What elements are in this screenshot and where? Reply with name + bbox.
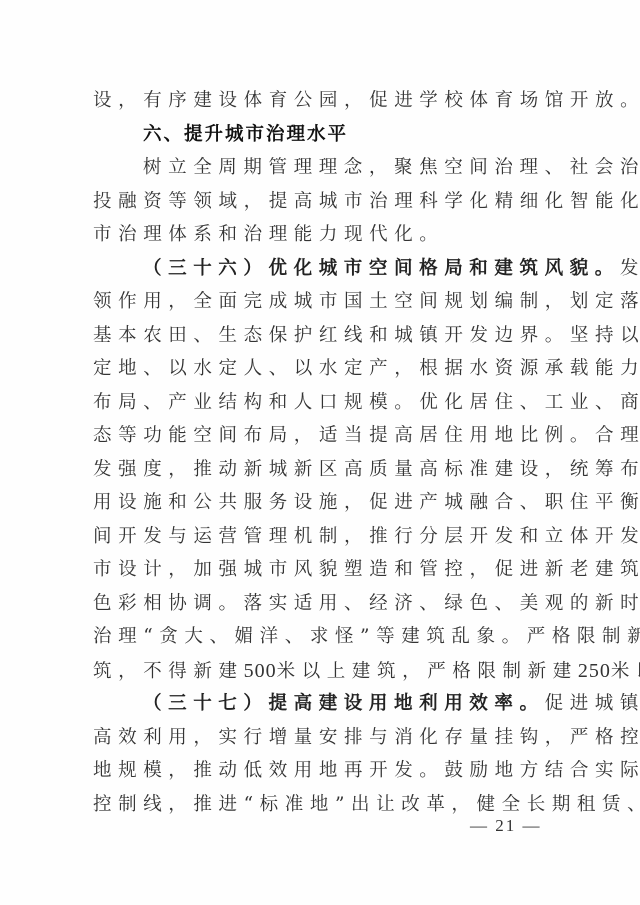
body-text-line: 市治理体系和治理能力现代化。 [93,218,563,252]
number-500: 500 [244,660,277,682]
body-text-line: 投融资等领域，提高城市治理科学化精细化智能化水平，推进城 [93,185,563,219]
body-text: 米以上建筑，严格限制新建 [277,661,578,682]
body-text: 促进城镇建设用地集约 [545,693,640,714]
body-text-line: 市设计，加强城市风貌塑造和管控，促进新老建筑体量、风格、 [93,553,563,587]
body-text-line: 治理“贪大、媚洋、求怪”等建筑乱象。严格限制新建超高层建 [93,620,563,654]
body-text-line: 布局、产业结构和人口规模。优化居住、工业、商业、交通、生 [93,386,563,420]
body-text-line: 高效利用，实行增量安排与消化存量挂钩，严格控制新增建设用 [93,721,563,755]
body-text-line: 树立全周期管理理念，聚焦空间治理、社会治理、行政管理、 [143,151,613,185]
body-text-line: 筑，不得新建500米以上建筑，严格限制新建250米以上建筑。 [93,654,563,688]
body-text-line: 地规模，推动低效用地再开发。鼓励地方结合实际划设工业用地 [93,754,563,788]
body-text-line: 设，有序建设体育公园，促进学校体育场馆开放。 [93,84,563,118]
body-text-line: 色彩相协调。落实适用、经济、绿色、美观的新时期建筑方针， [93,587,563,621]
body-text-line: 用设施和公共服务设施，促进产城融合、职住平衡。建立地下空 [93,486,563,520]
subsection-title: （三十七）提高建设用地利用效率。 [143,693,545,714]
document-page: 设，有序建设体育公园，促进学校体育场馆开放。 六、提升城市治理水平 树立全周期管… [0,0,640,905]
number-250: 250 [578,660,611,682]
body-text-line: 态等功能空间布局，适当提高居住用地比例。合理控制老城区开 [93,419,563,453]
body-text-line: 基本农田、生态保护红线和城镇开发边界。坚持以水定城、以水 [93,319,563,353]
body-text-line: 定地、以水定人、以水定产，根据水资源承载能力优化城市空间 [93,352,563,386]
subsection-line: （三十六）优化城市空间格局和建筑风貌。发挥发展规划引 [143,252,613,286]
body-text-line: 发强度，推动新城新区高质量高标准建设，统筹布局各类市政公 [93,453,563,487]
body-text-line: 间开发与运营管理机制，推行分层开发和立体开发。推动开展城 [93,520,563,554]
section-heading: 六、提升城市治理水平 [143,118,613,152]
body-text: 筑，不得新建 [93,661,244,682]
subsection-title: （三十六）优化城市空间格局和建筑风貌。 [143,258,620,279]
subsection-line: （三十七）提高建设用地利用效率。促进城镇建设用地集约 [143,687,613,721]
body-text-line: 领作用，全面完成城市国土空间规划编制，划定落实耕地和永久 [93,285,563,319]
body-text: 发挥发展规划引 [620,258,640,279]
page-number: — 21 — [470,816,542,836]
body-text: 米以上建筑。 [611,661,640,682]
